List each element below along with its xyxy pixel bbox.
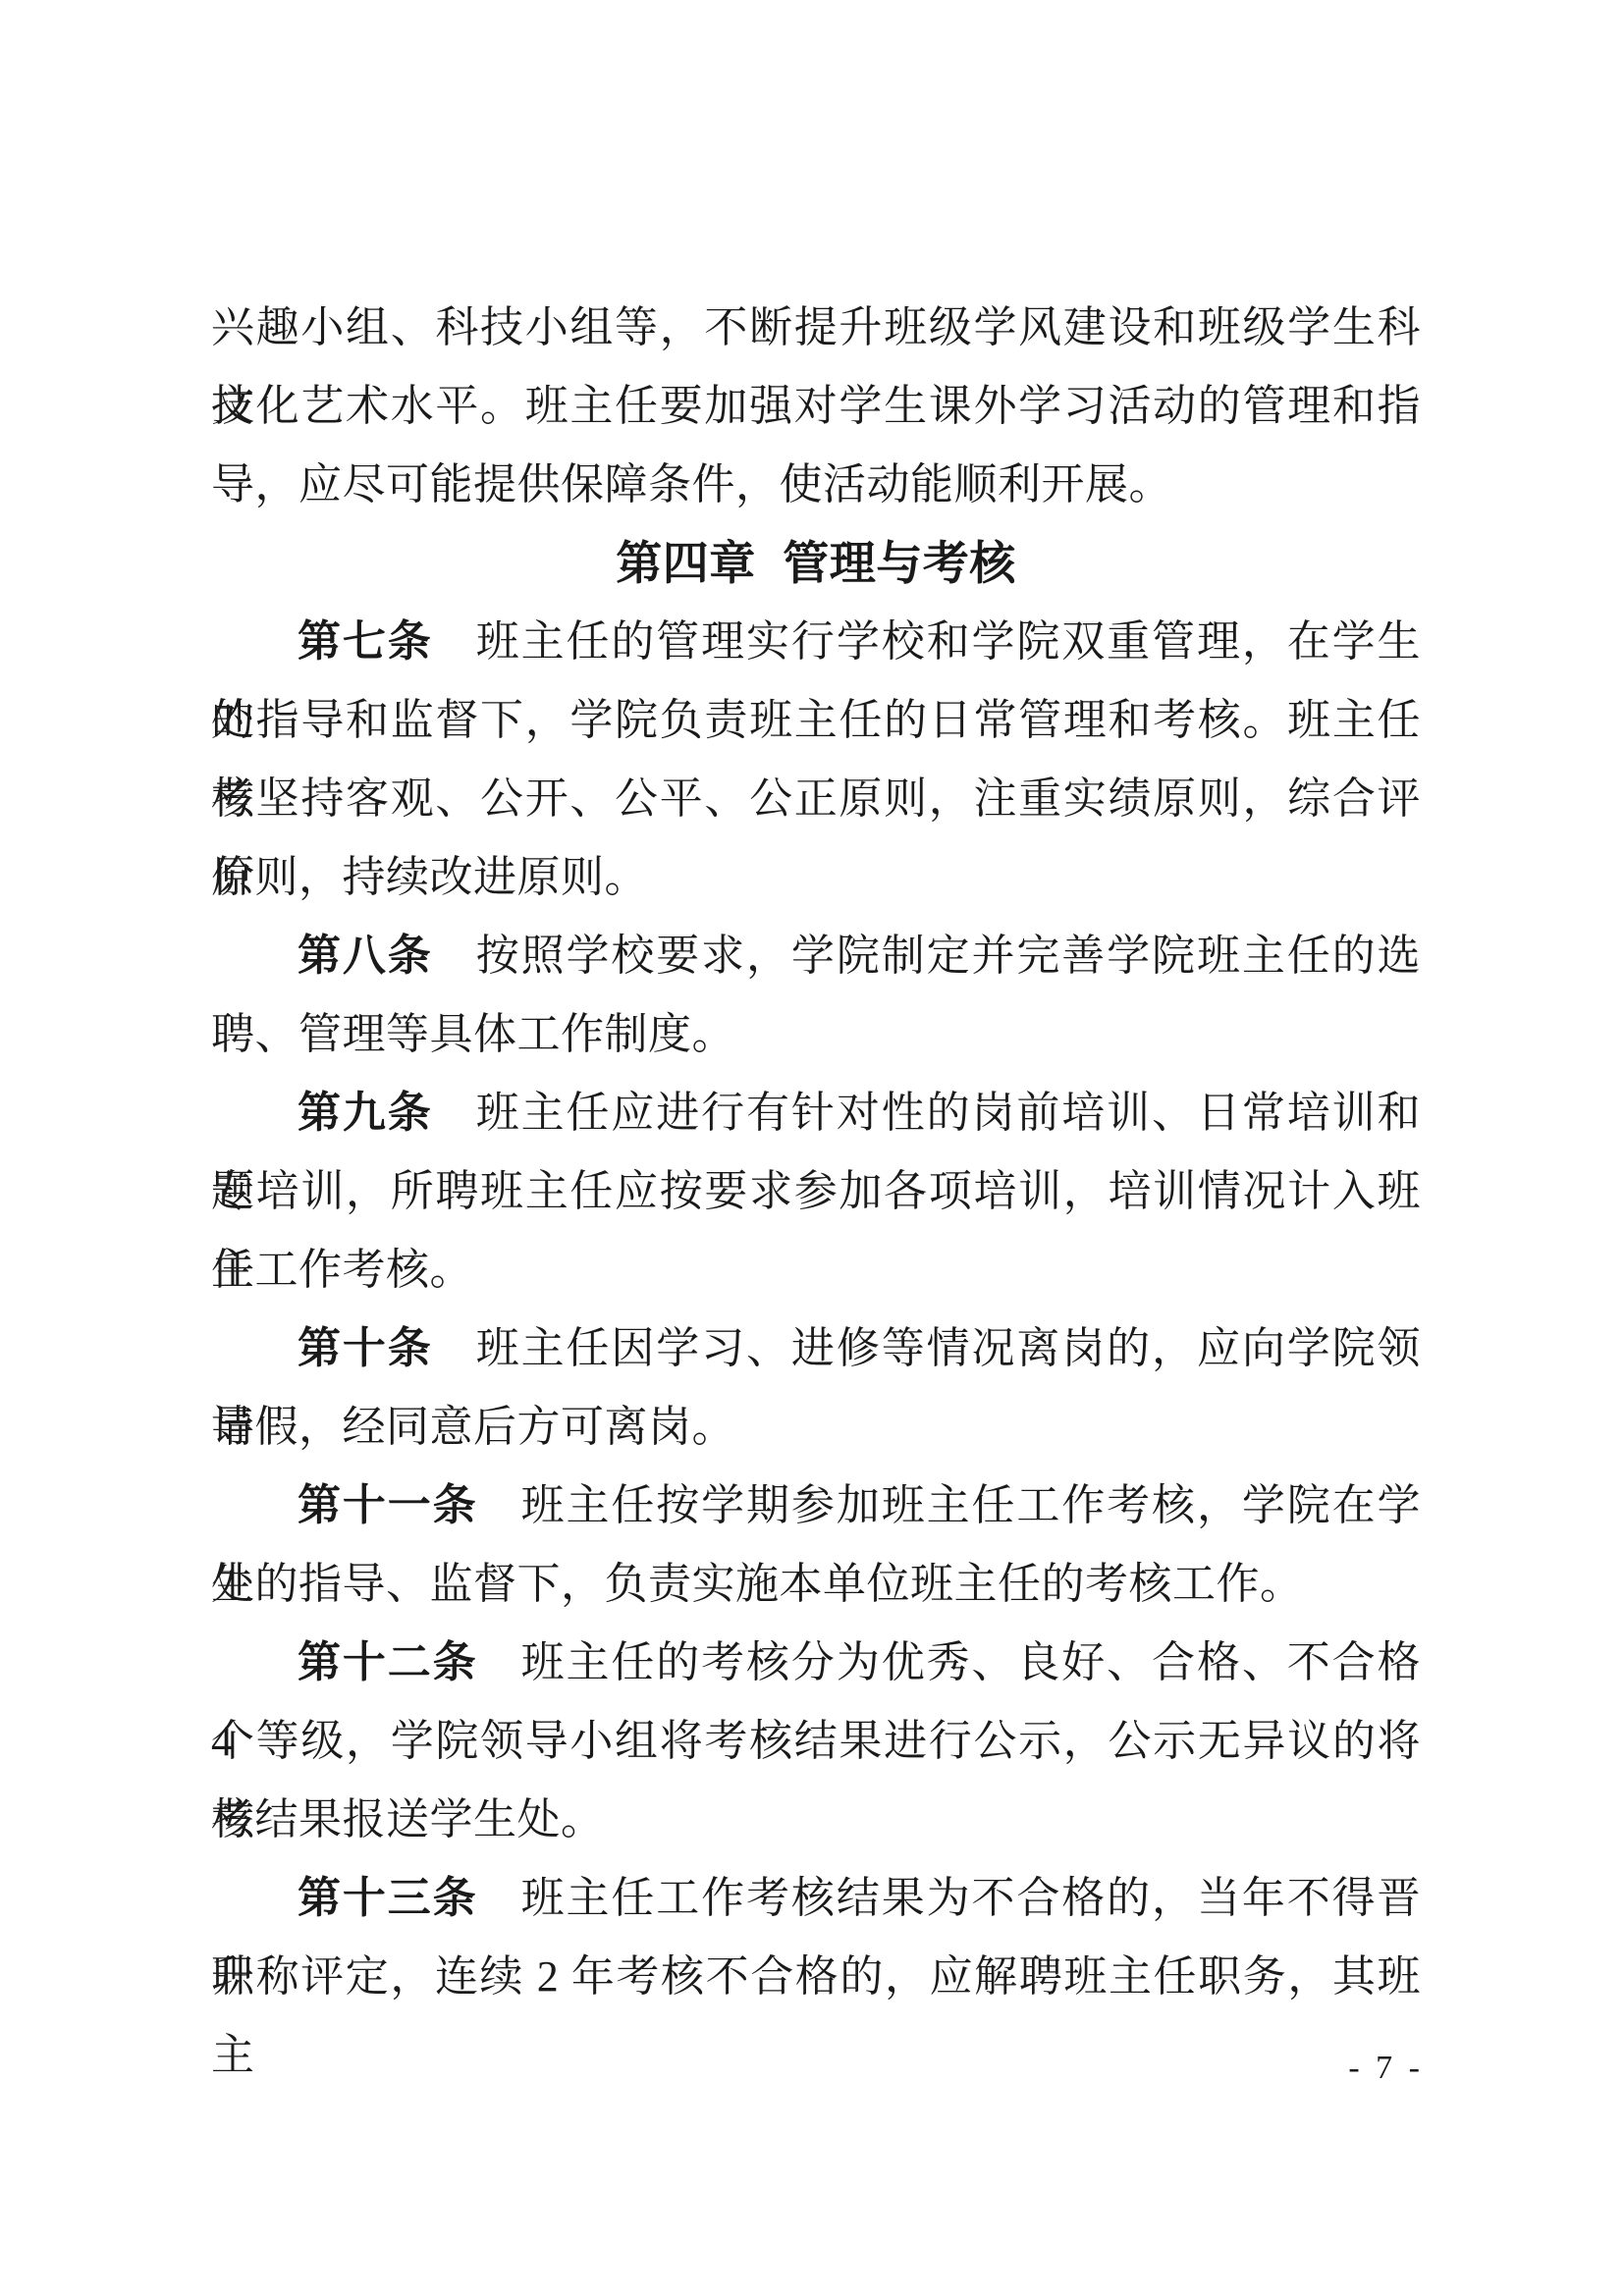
text-line: 请假，经同意后方可离岗。 <box>211 1388 1421 1467</box>
article-number-label: 第八条 <box>298 932 433 980</box>
text-line: 核结果报送学生处。 <box>211 1781 1421 1859</box>
text-line: 个等级，学院领导小组将考核结果进行公示，公示无异议的将考 <box>211 1702 1421 1781</box>
text-line: 第十条班主任因学习、进修等情况离岗的，应向学院领导 <box>211 1309 1421 1388</box>
article-number-label: 第十二条 <box>298 1638 478 1686</box>
line-text: 按照学校要求，学院制定并完善学院班主任的选 <box>476 932 1421 980</box>
text-line: 职称评定，连续 2 年考核不合格的，应解聘班主任职务，其班主 <box>211 1938 1421 2016</box>
text-line: 第七条班主任的管理实行学校和学院双重管理，在学生处 <box>211 603 1421 681</box>
article-number-label: 第九条 <box>298 1089 433 1137</box>
document-content: 兴趣小组、科技小组等，不断提升班级学风建设和班级学生科技文化艺术水平。班主任要加… <box>211 289 1421 2016</box>
text-line: 的指导和监督下，学院负责班主任的日常管理和考核。班主任考 <box>211 681 1421 760</box>
text-line: 第八条按照学校要求，学院制定并完善学院班主任的选 <box>211 917 1421 995</box>
text-line: 第九条班主任应进行有针对性的岗前培训、日常培训和专 <box>211 1074 1421 1152</box>
text-line: 兴趣小组、科技小组等，不断提升班级学风建设和班级学生科技 <box>211 289 1421 367</box>
text-line: 文化艺术水平。班主任要加强对学生课外学习活动的管理和指 <box>211 367 1421 446</box>
text-line: 聘、管理等具体工作制度。 <box>211 995 1421 1074</box>
text-line: 导，应尽可能提供保障条件，使活动能顺利开展。 <box>211 446 1421 524</box>
article-number-label: 第七条 <box>298 617 433 666</box>
text-line: 题培训，所聘班主任应按要求参加各项培训，培训情况计入班主 <box>211 1152 1421 1231</box>
text-line: 原则，持续改进原则。 <box>211 838 1421 917</box>
text-line: 第十三条班主任工作考核结果为不合格的，当年不得晋升 <box>211 1859 1421 1938</box>
text-line: 第十二条班主任的考核分为优秀、良好、合格、不合格 4 <box>211 1624 1421 1702</box>
article-number-label: 第十三条 <box>298 1874 478 1922</box>
chapter-heading: 第四章 管理与考核 <box>211 524 1421 603</box>
article-number-label: 第十条 <box>298 1324 433 1372</box>
text-line: 处的指导、监督下，负责实施本单位班主任的考核工作。 <box>211 1545 1421 1624</box>
article-number-label: 第十一条 <box>298 1481 478 1529</box>
text-line: 核坚持客观、公开、公平、公正原则，注重实绩原则，综合评价 <box>211 760 1421 838</box>
text-line: 任工作考核。 <box>211 1231 1421 1309</box>
document-page: 兴趣小组、科技小组等，不断提升班级学风建设和班级学生科技文化艺术水平。班主任要加… <box>0 0 1624 2296</box>
text-line: 第十一条班主任按学期参加班主任工作考核，学院在学生 <box>211 1467 1421 1545</box>
page-number: - 7 - <box>1348 2050 1424 2087</box>
